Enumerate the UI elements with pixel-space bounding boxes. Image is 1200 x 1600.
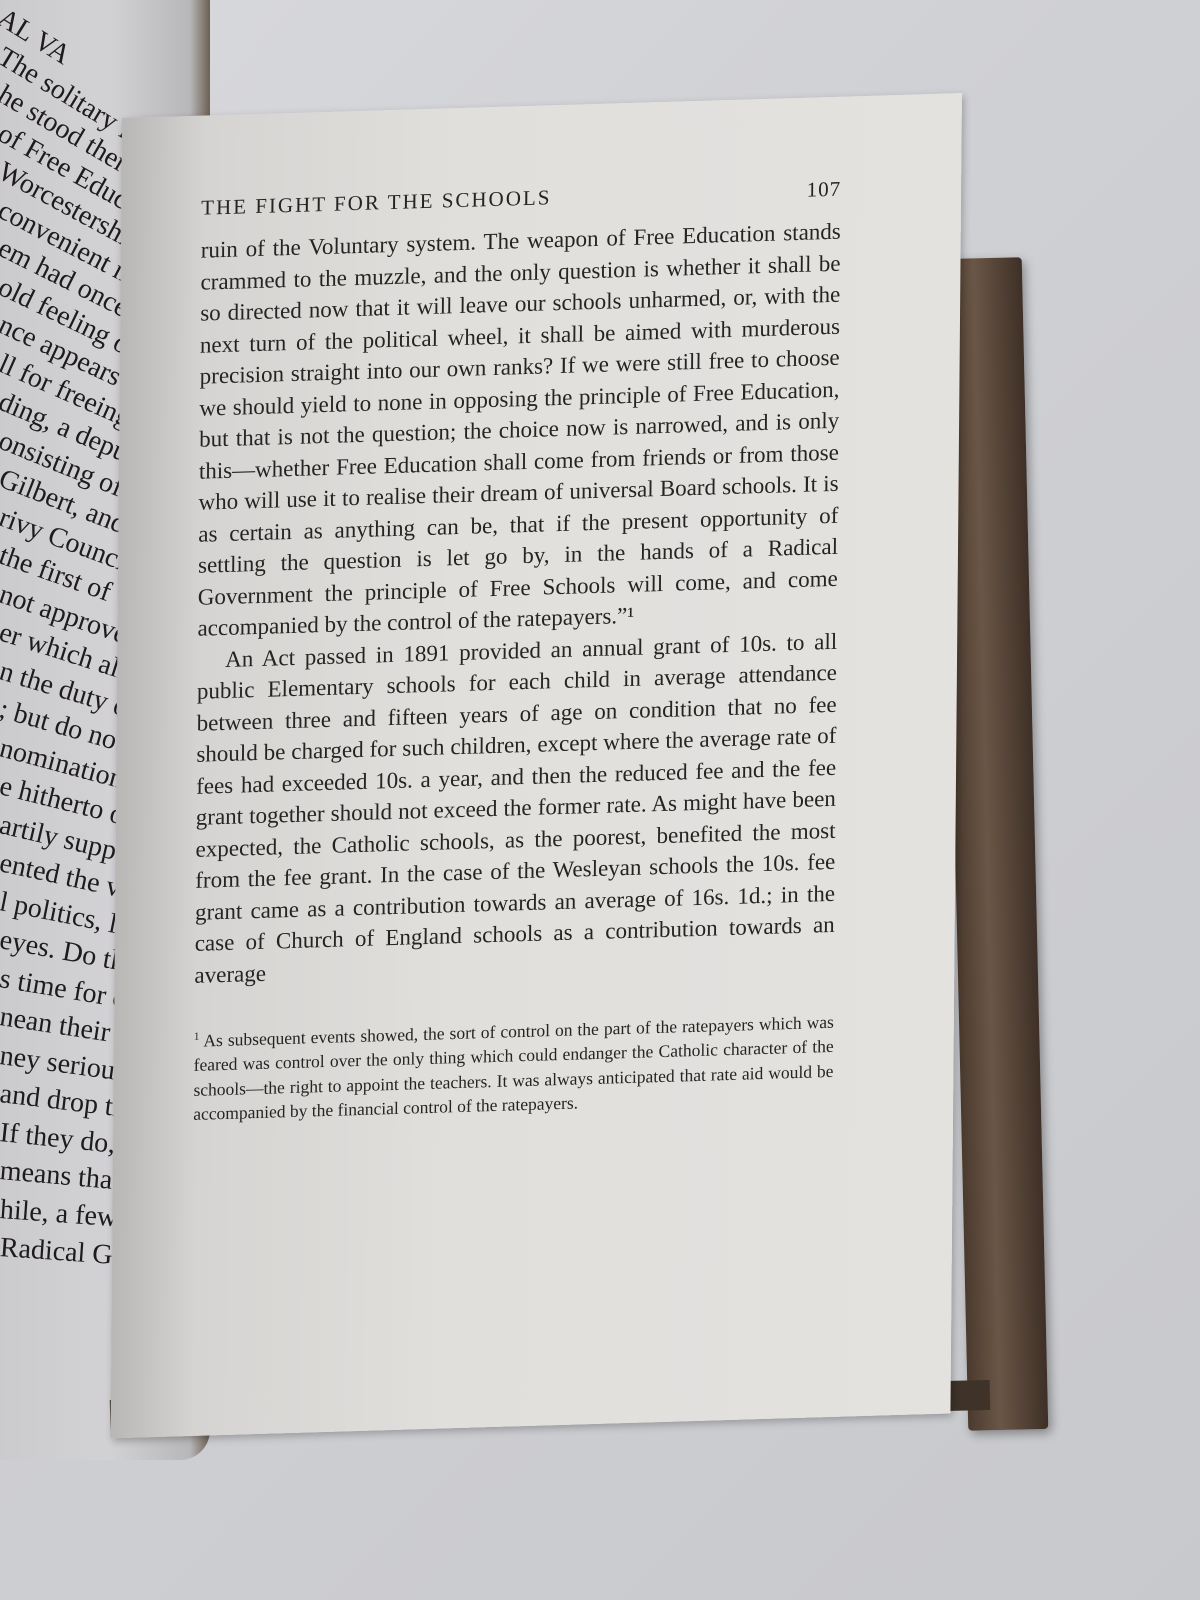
right-page: THE FIGHT FOR THE SCHOOLS 107 ruin of th…: [110, 93, 961, 1438]
paragraph: ruin of the Voluntary system. The weapon…: [197, 216, 841, 645]
body-text: ruin of the Voluntary system. The weapon…: [194, 216, 841, 991]
header-title: THE FIGHT FOR THE SCHOOLS: [201, 185, 551, 220]
footnote: 1 As subsequent events showed, the sort …: [193, 1006, 834, 1127]
running-header: THE FIGHT FOR THE SCHOOLS 107: [201, 177, 841, 221]
page-number: 107: [807, 177, 842, 203]
paragraph: An Act passed in 1891 provided an annual…: [194, 625, 837, 991]
footnote-text: As subsequent events showed, the sort of…: [193, 1012, 834, 1125]
footnote-marker: 1: [194, 1031, 200, 1043]
